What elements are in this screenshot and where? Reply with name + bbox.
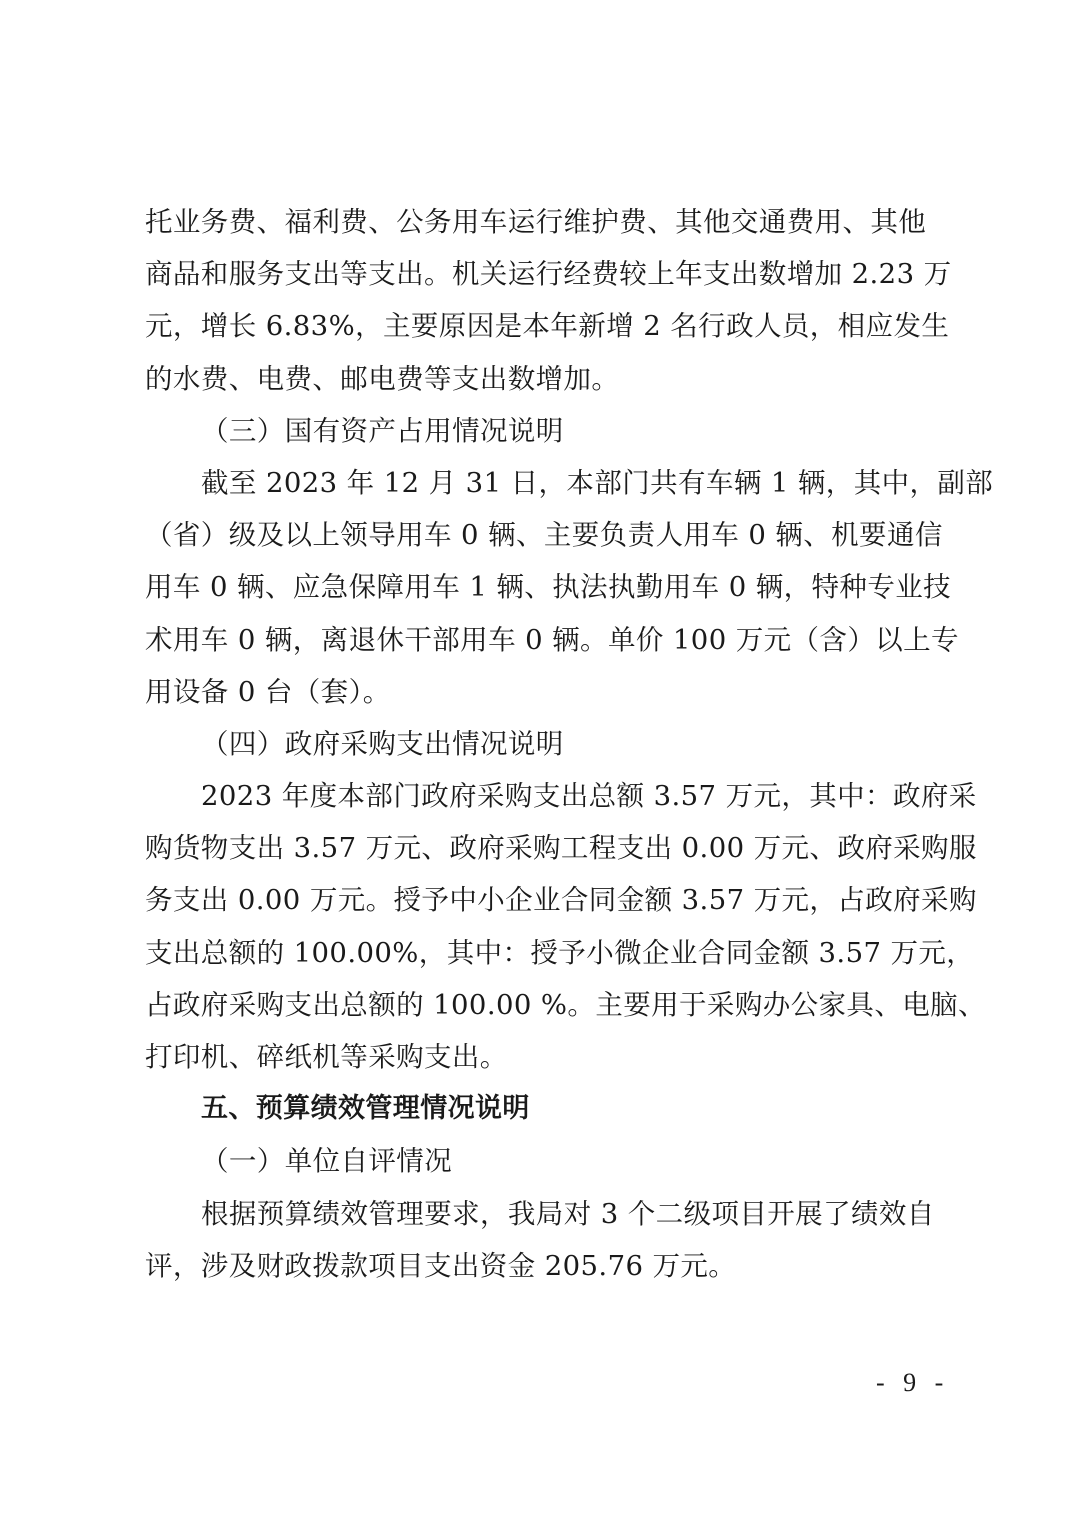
section-heading-state-assets: （三）国有资产占用情况说明	[145, 405, 942, 457]
body-line: 截至 2023 年 12 月 31 日，本部门共有车辆 1 辆，其中，副部	[145, 457, 942, 509]
body-line: 占政府采购支出总额的 100.00 %。主要用于采购办公家具、电脑、	[145, 979, 942, 1031]
body-line: 的水费、电费、邮电费等支出数增加。	[145, 353, 942, 405]
body-line: 用车 0 辆、应急保障用车 1 辆、执法执勤用车 0 辆，特种专业技	[145, 561, 942, 613]
body-line: 购货物支出 3.57 万元、政府采购工程支出 0.00 万元、政府采购服	[145, 822, 942, 874]
body-line: 打印机、碎纸机等采购支出。	[145, 1031, 942, 1083]
body-line: 商品和服务支出等支出。机关运行经费较上年支出数增加 2.23 万	[145, 248, 942, 300]
body-line: 2023 年度本部门政府采购支出总额 3.57 万元，其中：政府采	[145, 770, 942, 822]
body-line: 支出总额的 100.00%，其中：授予小微企业合同金额 3.57 万元，	[145, 927, 942, 979]
body-line: 托业务费、福利费、公务用车运行维护费、其他交通费用、其他	[145, 196, 942, 248]
body-line: 用设备 0 台（套）。	[145, 666, 942, 718]
document-page: 托业务费、福利费、公务用车运行维护费、其他交通费用、其他 商品和服务支出等支出。…	[145, 196, 942, 1292]
body-line: （省）级及以上领导用车 0 辆、主要负责人用车 0 辆、机要通信	[145, 509, 942, 561]
body-line: 元，增长 6.83%，主要原因是本年新增 2 名行政人员，相应发生	[145, 300, 942, 352]
body-line: 评，涉及财政拨款项目支出资金 205.76 万元。	[145, 1240, 942, 1292]
page-number: - 9 -	[876, 1368, 949, 1398]
body-line: 术用车 0 辆，离退休干部用车 0 辆。单价 100 万元（含）以上专	[145, 614, 942, 666]
chapter-heading-performance: 五、预算绩效管理情况说明	[145, 1083, 942, 1135]
section-heading-self-evaluation: （一）单位自评情况	[145, 1135, 942, 1187]
body-line: 务支出 0.00 万元。授予中小企业合同金额 3.57 万元，占政府采购	[145, 874, 942, 926]
section-heading-procurement: （四）政府采购支出情况说明	[145, 718, 942, 770]
body-line: 根据预算绩效管理要求，我局对 3 个二级项目开展了绩效自	[145, 1188, 942, 1240]
